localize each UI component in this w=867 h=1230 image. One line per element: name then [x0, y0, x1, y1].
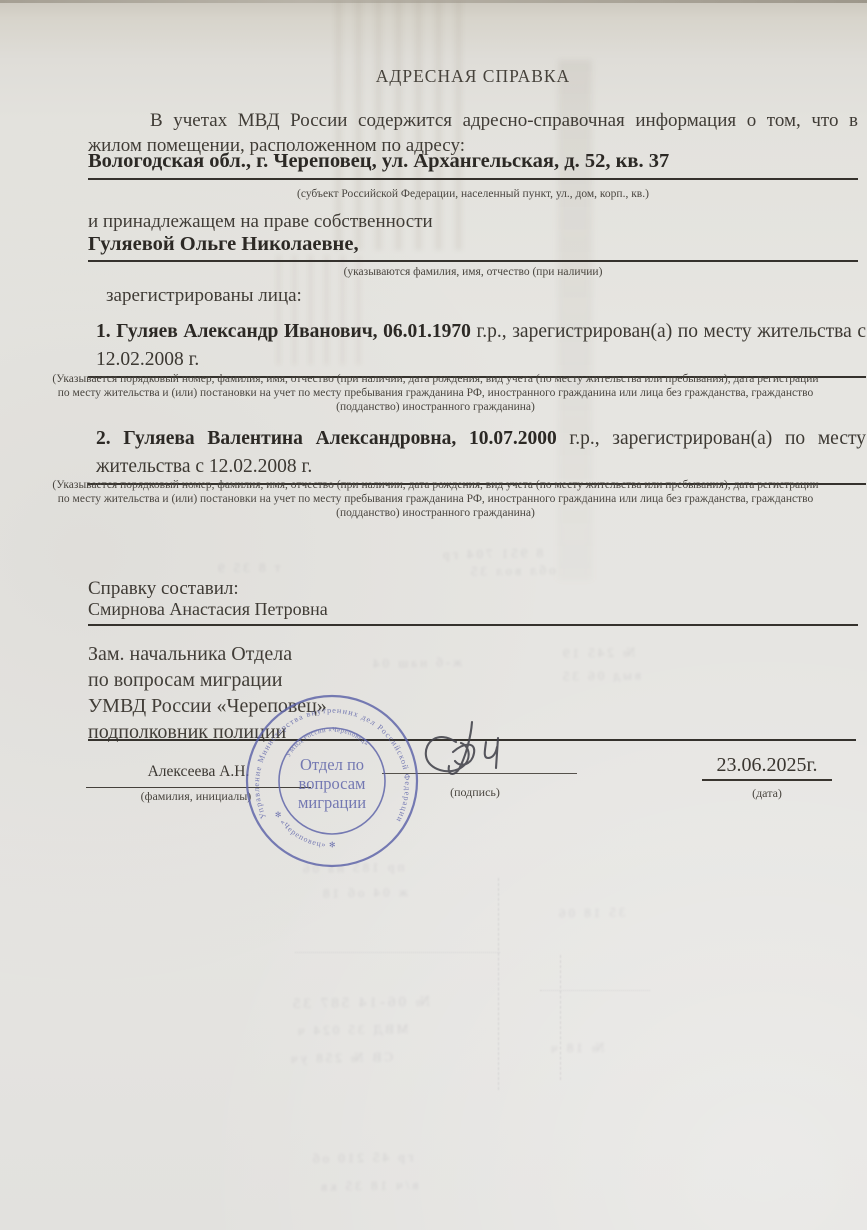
bleedthrough-text: СВ № 258 уч: [288, 1049, 393, 1067]
prepared-by-name: Смирнова Анастасия Петровна: [88, 599, 858, 626]
official-line-1: Зам. начальника Отдела: [88, 641, 858, 667]
bleedthrough-text: 35 18 06: [556, 904, 626, 921]
bleedthrough-text: гр 45 210 об: [310, 1149, 413, 1167]
bleedthrough-table-line: [498, 878, 499, 1090]
prepared-by-label: Справку составил:: [88, 578, 858, 600]
bleedthrough-table-line: [560, 955, 561, 1080]
svg-text:✻ «Череповец» ✻: ✻ «Череповец» ✻: [272, 809, 336, 849]
person-1-name: 1. Гуляев Александр Иванович, 06.01.1970: [96, 321, 471, 342]
photo-top-edge: [0, 0, 867, 3]
owner-name-line: Гуляевой Ольге Николаевне,: [88, 233, 858, 262]
stamp-center-line-1: Отдел по: [300, 755, 364, 774]
document-title: АДРЕСНАЯ СПРАВКА: [88, 66, 858, 87]
bleedthrough-text: № 18 ч: [548, 1040, 605, 1057]
official-round-stamp: Управление Министерства внутренних дел Р…: [237, 686, 427, 876]
bleedthrough-table-line: [540, 990, 650, 991]
address-caption: (субъект Российской Федерации, населенны…: [88, 187, 858, 201]
bleedthrough-text: ж 04 об 18: [320, 884, 408, 902]
address-line: Вологодская обл., г. Череповец, ул. Арха…: [88, 150, 858, 180]
bleedthrough-text: 8 951 704 гр: [440, 545, 543, 563]
stamp-inner-ring-text: УМВД России «Череповец»: [285, 727, 370, 759]
stamp-ring-bottom-text: ✻ «Череповец» ✻: [272, 809, 336, 849]
registered-person-1: 1. Гуляев Александр Иванович, 06.01.1970…: [88, 318, 866, 378]
bleedthrough-table-line: [295, 952, 500, 953]
registered-lead: зарегистрированы лица:: [88, 285, 867, 307]
bleedthrough-text: в/ч 18 35 кв: [318, 1177, 419, 1195]
bleedthrough-text: МВД 35 024 ч: [295, 1021, 409, 1039]
stamp-center-line-3: миграции: [298, 793, 366, 812]
owner-caption: (указываются фамилия, имя, отчество (при…: [88, 265, 858, 279]
date-caption: (дата): [702, 786, 832, 800]
registered-person-2: 2. Гуляева Валентина Александровна, 10.0…: [88, 425, 866, 485]
person-2-name: 2. Гуляева Валентина Александровна, 10.0…: [96, 428, 557, 449]
date-value: 23.06.2025г.: [702, 754, 832, 781]
person-1-caption: (Указывается порядковый номер, фамилия, …: [48, 372, 823, 414]
person-2-caption: (Указывается порядковый номер, фамилия, …: [48, 478, 823, 520]
ownership-lead: и принадлежащем на праве собственности: [88, 211, 858, 233]
scanned-document: 8 951 704 гр обл вол 35 т 8 35 9 № 245 1…: [0, 0, 867, 1230]
signature-scribble: [416, 716, 536, 788]
bleedthrough-text: т 8 35 9: [215, 559, 281, 576]
svg-text:УМВД России «Череповец»: УМВД России «Череповец»: [285, 727, 370, 759]
stamp-center-line-2: вопросам: [299, 774, 367, 793]
official-line-2: по вопросам миграции: [88, 667, 858, 693]
bleedthrough-text: № 06-14 587 35: [290, 994, 430, 1013]
